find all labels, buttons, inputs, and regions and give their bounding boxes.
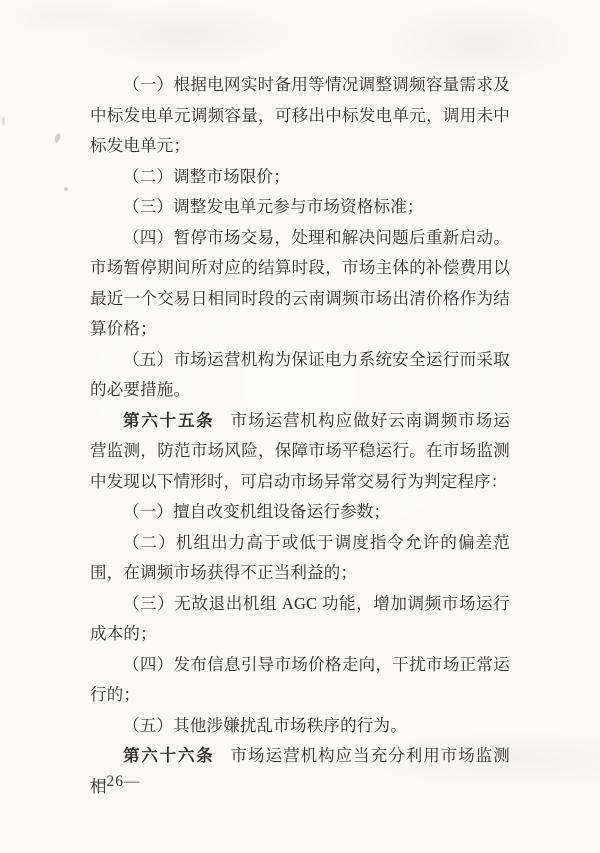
paragraph-text: （一）擅自改变机组设备运行参数； [123, 502, 390, 521]
paragraph-item-4: （四）发布信息引导市场价格走向，干扰市场正常运行的； [90, 650, 510, 711]
paragraph-item-2: （二）机组出力高于或低于调度指令允许的偏差范围，在调频市场获得不正当利益的； [90, 528, 510, 589]
paragraph-clause-5: （五）市场运营机构为保证电力系统安全运行而采取的必要措施。 [90, 345, 510, 406]
scanned-document-page: （一）根据电网实时备用等情况调整调频容量需求及中标发电单元调频容量，可移出中标发… [0, 0, 600, 853]
paragraph-item-1: （一）擅自改变机组设备运行参数； [90, 497, 510, 528]
paragraph-text: （四）暂停市场交易，处理和解决问题后重新启动。市场暂停期间所对应的结算时段，市场… [90, 228, 510, 339]
paragraph-clause-4: （四）暂停市场交易，处理和解决问题后重新启动。市场暂停期间所对应的结算时段，市场… [90, 223, 510, 345]
paragraph-text: （五）其他涉嫌扰乱市场秩序的行为。 [123, 716, 407, 735]
paragraph-text: （三）无故退出机组 AGC 功能，增加调频市场运行成本的； [90, 594, 510, 644]
paragraph-item-3: （三）无故退出机组 AGC 功能，增加调频市场运行成本的； [90, 589, 510, 650]
paragraph-text: （二）机组出力高于或低于调度指令允许的偏差范围，在调频市场获得不正当利益的； [90, 533, 510, 583]
paragraph-article-66: 第六十六条市场运营机构应当充分利用市场监测相 [90, 741, 510, 802]
paragraph-clause-2: （二）调整市场限价； [90, 162, 510, 193]
article-number-65: 第六十五条 [123, 411, 215, 430]
scan-speck [64, 187, 68, 191]
paragraph-clause-3: （三）调整发电单元参与市场资格标准； [90, 192, 510, 223]
paragraph-text: （三）调整发电单元参与市场资格标准； [123, 197, 424, 216]
paragraph-item-5: （五）其他涉嫌扰乱市场秩序的行为。 [90, 711, 510, 742]
paragraph-article-65: 第六十五条市场运营机构应做好云南调频市场运营监测，防范市场风险，保障市场平稳运行… [90, 406, 510, 498]
page-number: —26— [90, 773, 141, 791]
scan-speck [54, 132, 62, 143]
scan-speck [2, 117, 5, 126]
paragraph-text: （二）调整市场限价； [123, 167, 290, 186]
document-body: （一）根据电网实时备用等情况调整调频容量需求及中标发电单元调频容量，可移出中标发… [90, 70, 510, 802]
paragraph-text: （一）根据电网实时备用等情况调整调频容量需求及中标发电单元调频容量，可移出中标发… [90, 75, 510, 155]
article-number-66: 第六十六条 [123, 746, 215, 765]
paragraph-text: （四）发布信息引导市场价格走向，干扰市场正常运行的； [90, 655, 510, 705]
paragraph-text: （五）市场运营机构为保证电力系统安全运行而采取的必要措施。 [90, 350, 510, 400]
paragraph-clause-1: （一）根据电网实时备用等情况调整调频容量需求及中标发电单元调频容量，可移出中标发… [90, 70, 510, 162]
